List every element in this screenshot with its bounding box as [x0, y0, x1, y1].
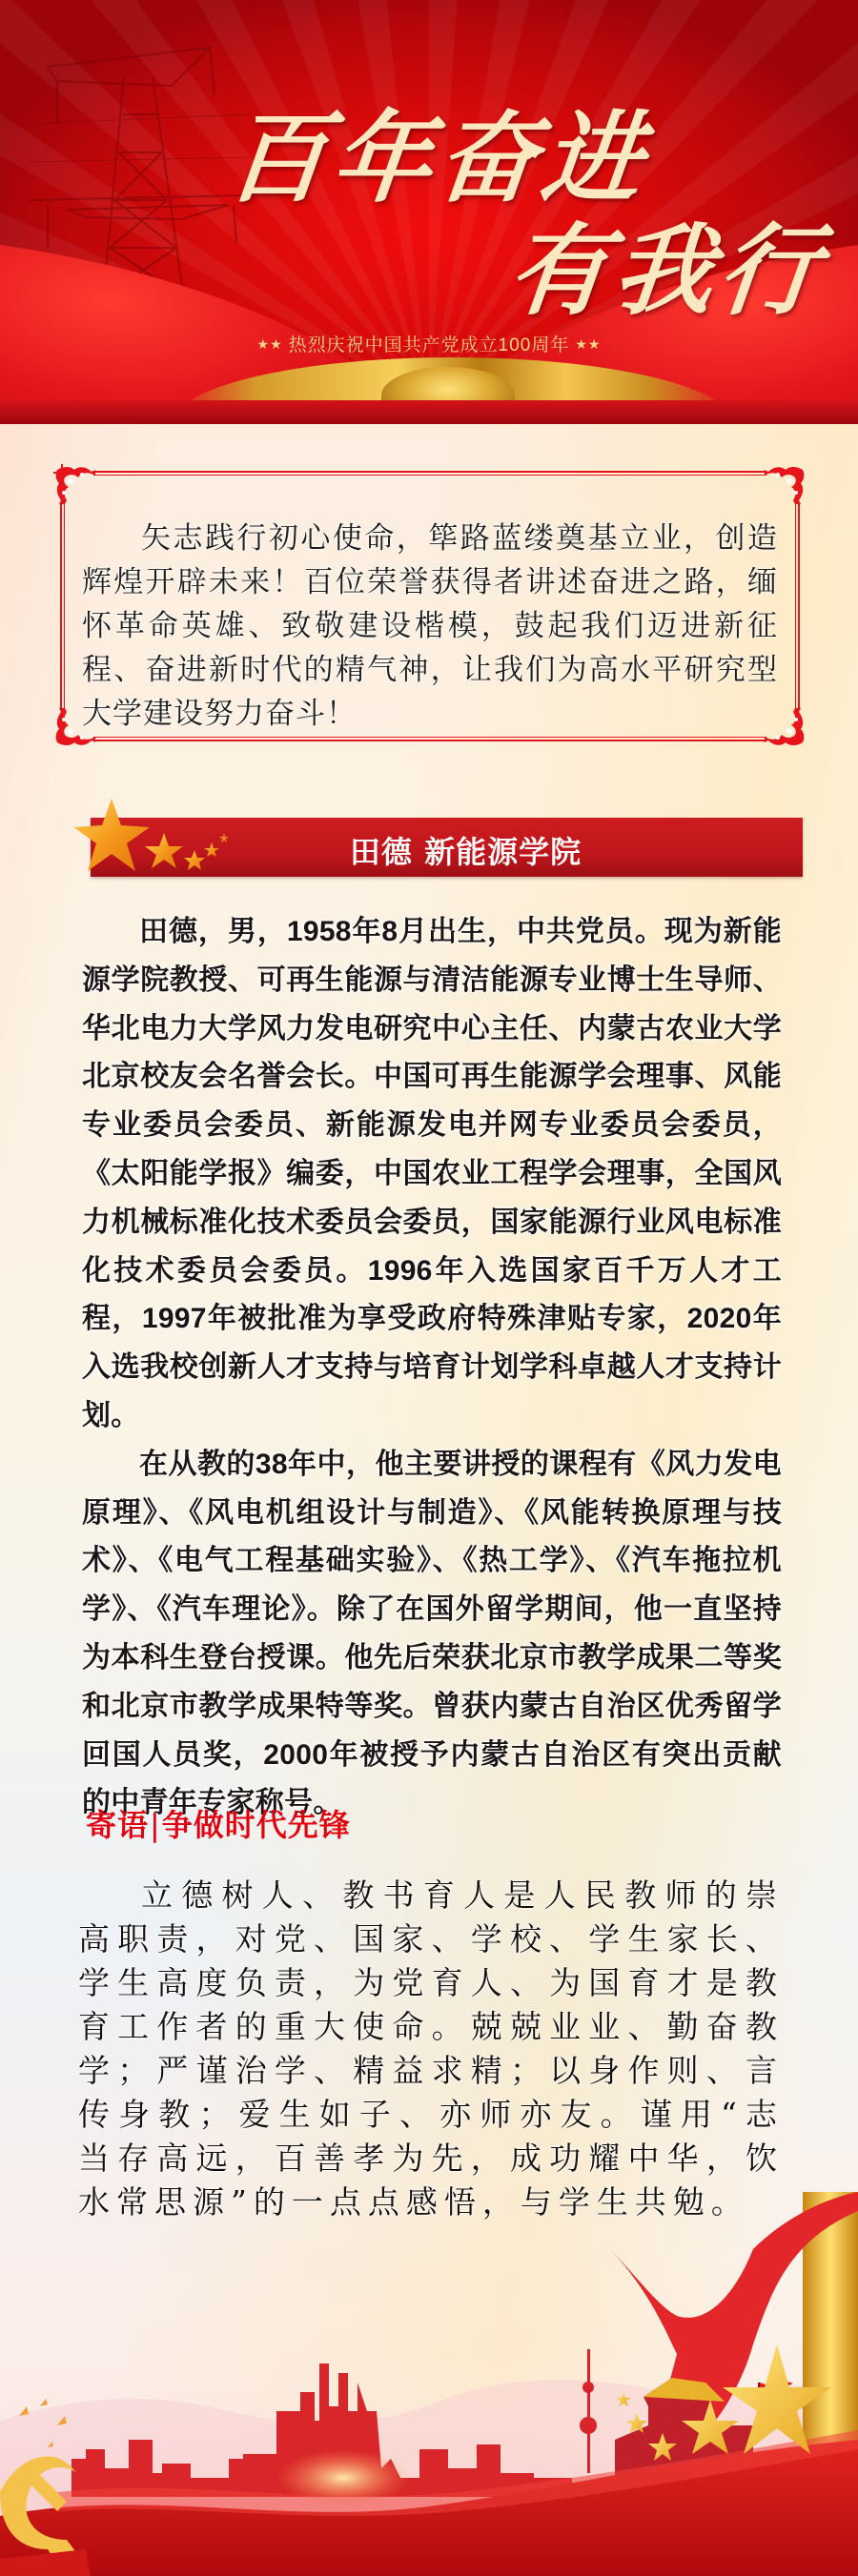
intro-frame: 矢志践行初心使命，筚路蓝缕奠基立业，创造辉煌开辟未来！百位荣誉获得者讲述奋进之路… [53, 464, 807, 748]
message-heading-title: 争做时代先锋 [162, 1807, 351, 1843]
bio-paragraph: 田德，男，1958年8月出生，中共党员。现为新能源学院教授、可再生能源与清洁能源… [82, 908, 782, 1441]
frame-border-top [93, 471, 766, 476]
header-banner: 百年奋进 有我行 ★★热烈庆祝中国共产党成立100周年★★ [0, 0, 858, 424]
bio-paragraph: 在从教的38年中，他主要讲授的课程有《风力发电原理》、《风电机组设计与制造》、《… [82, 1441, 782, 1828]
subtitle-text: 热烈庆祝中国共产党成立100周年 [289, 335, 570, 355]
ornament-corner-icon [53, 464, 101, 512]
red-curtain-bottom [0, 400, 858, 424]
message-heading: 寄语|争做时代先锋 [86, 1801, 351, 1845]
star-icon: ★★ [575, 336, 601, 352]
footer-skyline-decoration [0, 2192, 858, 2576]
message-heading-label: 寄语 [86, 1807, 149, 1843]
intro-paragraph: 矢志践行初心使命，筚路蓝缕奠基立业，创造辉煌开辟未来！百位荣誉获得者讲述奋进之路… [82, 517, 778, 736]
message-paragraph: 立德树人、教书育人是人民教师的崇高职责，对党、国家、学校、学生家长、学生高度负责… [78, 1874, 784, 2224]
star-icon: ★★ [257, 336, 283, 352]
frame-border-bottom [93, 737, 766, 741]
bio-section: 田德，男，1958年8月出生，中共党员。现为新能源学院教授、可再生能源与清洁能源… [82, 908, 782, 1828]
stars-decoration-icon [69, 799, 259, 884]
frame-border-right [795, 504, 800, 708]
ornament-corner-icon [759, 464, 807, 512]
main-title-line2: 有我行 [502, 191, 832, 334]
frame-border-left [60, 504, 65, 708]
subtitle: ★★热烈庆祝中国共产党成立100周年★★ [0, 331, 858, 356]
heading-separator: | [150, 1807, 161, 1843]
